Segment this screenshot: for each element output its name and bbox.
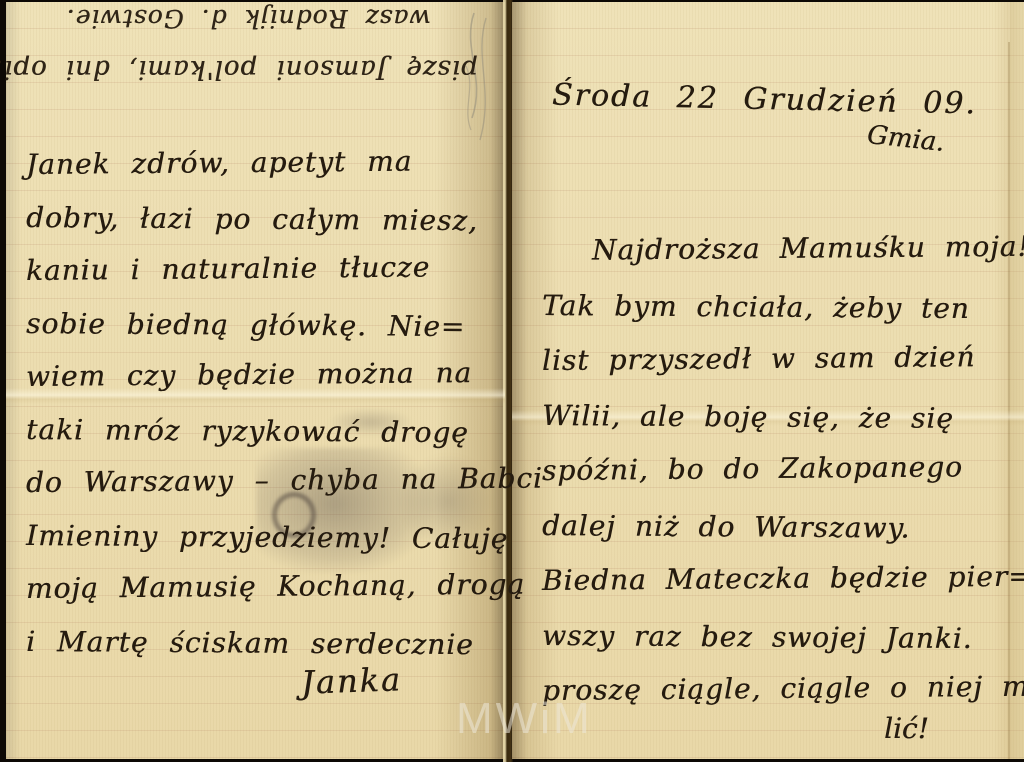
handwriting-line: Najdroższa Mamuśku moja! (542, 230, 1022, 289)
handwriting-line: moją Mamusię Kochaną, drogą (26, 568, 503, 625)
handwriting-line: kaniu i naturalnie tłucze (26, 250, 503, 307)
inverted-text-line: piszę Jamsoni pol'kami, dni opi. (8, 54, 478, 84)
handwriting-line: sobie biedną główkę. Nie= (26, 307, 503, 363)
date-line: Środa 22 Grudzień 09. (552, 78, 977, 122)
handwriting-line: i Martę ściskam serdecznie (26, 625, 503, 681)
inverted-text-line: wasz Rodnijk d. Gostwie. (121, 4, 431, 33)
handwriting-line: taki mróz ryzykować drogę (26, 413, 503, 469)
handwriting-line: Imieniny przyjedziemy! Całuję (26, 519, 503, 575)
handwriting-line: wiem czy będzie można na (26, 356, 503, 413)
handwriting-line: list przyszedł w sam dzień (542, 340, 1022, 399)
left-page-text: Janek zdrów, apetyt ma dobry, łazi po ca… (26, 148, 503, 678)
handwriting-line: spóźni, bo do Zakopanego (542, 450, 1022, 509)
right-page-text: Najdroższa Mamuśku moja! Tak bym chciała… (542, 234, 1022, 729)
place-note: Gmia. (866, 120, 946, 158)
left-page: wasz Rodnijk d. Gostwie. piszę Jamsoni p… (6, 2, 505, 759)
handwriting-line: dalej niż do Warszawy. (542, 509, 1022, 567)
handwriting-line: wszy raz bez swojej Janki. (542, 619, 1022, 677)
signature: Janka (300, 660, 402, 702)
handwriting-line: Tak bym chciała, żeby ten (542, 289, 1022, 347)
handwriting-line: dobry, łazi po całym miesz, (26, 201, 503, 257)
handwriting-line: Wilii, ale boję się, że się (542, 399, 1022, 457)
notebook-scan: wasz Rodnijk d. Gostwie. piszę Jamsoni p… (0, 0, 1024, 762)
handwriting-line-continuation: lić! (884, 712, 929, 745)
handwriting-line: proszę ciągle, ciągle o niej myś= (542, 670, 1022, 729)
handwriting-line: Biedna Mateczka będzie pier= (542, 560, 1022, 619)
handwriting-line: do Warszawy – chyba na Babci (26, 462, 503, 519)
handwriting-line: Janek zdrów, apetyt ma (26, 144, 503, 201)
archive-watermark: MWiM (456, 694, 593, 744)
right-page: Środa 22 Grudzień 09. Gmia. Najdroższa M… (512, 2, 1024, 759)
